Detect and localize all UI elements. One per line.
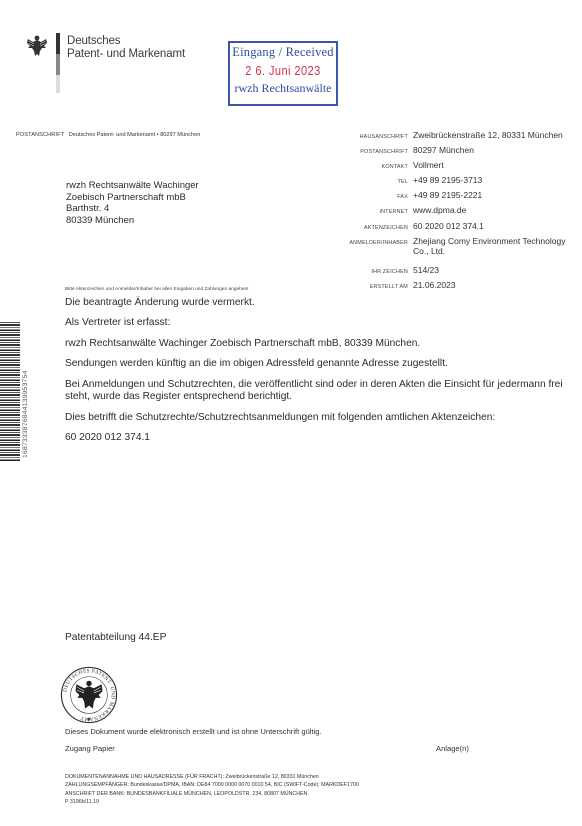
delivery-method: Zugang Papier [65,744,115,753]
info-key: Internet [330,205,413,218]
info-row-tel: Tel+49 89 2195-3713 [330,175,575,188]
info-value: 21.06.2023 [413,280,575,291]
info-row-internet: Internetwww.dpma.de [330,205,575,218]
authority-name: Deutsches Patent- und Markenamt [67,35,185,61]
recipient-line: Zoebisch Partnerschaft mbB [66,192,199,204]
info-key: Aktenzeichen [330,221,413,234]
received-stamp: Eingang / Received 2 6. Juni 2023 rwzh R… [228,41,338,106]
info-value: +49 89 2195-3713 [413,175,575,186]
body-paragraph: Die beantragte Änderung wurde vermerkt. [65,297,575,310]
info-block: HausanschriftZweibrückenstraße 12, 80331… [330,130,575,295]
info-value: +49 89 2195-2221 [413,190,575,201]
body-paragraph: Bei Anmeldungen und Schutzrechten, die v… [65,379,575,405]
info-key: Anmelder/Inhaber [330,236,413,249]
barcode-number: 1687333876844139953754 [22,370,29,458]
info-row-kontakt: KontaktVollmert [330,160,575,173]
sender-line: POSTANSCHRIFT Deutsches Patent- und Mark… [16,132,200,138]
info-row-hausanschrift: HausanschriftZweibrückenstraße 12, 80331… [330,130,575,143]
info-row-aktenzeichen: Aktenzeichen60 2020 012 374.1 [330,221,575,234]
info-value: 60 2020 012 374.1 [413,221,575,232]
official-seal-icon: DEUTSCHES PATENT- UND MARKENAMT [60,666,118,724]
footer-line: DOKUMENTENANNAHME UND HAUSADRESSE (FÜR F… [65,773,359,781]
stamp-title: Eingang / Received [230,45,336,60]
body-paragraph: 60 2020 012 374.1 [65,432,575,445]
body-paragraph: Dies betrifft die Schutzrechte/Schutzrec… [65,412,575,425]
sender-label: POSTANSCHRIFT [16,132,64,138]
info-key: Ihr Zeichen [330,265,413,278]
info-value: 514/23 [413,265,575,276]
info-row-erstellt-am: Erstellt am21.06.2023 [330,280,575,293]
authority-line-1: Deutsches [67,35,185,48]
recipient-address: rwzh Rechtsanwälte Wachinger Zoebisch Pa… [66,180,199,226]
info-key: Kontakt [330,160,413,173]
footer: DOKUMENTENANNAHME UND HAUSADRESSE (FÜR F… [65,773,359,807]
reference-hint: Bitte Aktenzeichen und Anmelder/Inhaber … [65,287,249,292]
stamp-date: 2 6. Juni 2023 [238,63,328,78]
info-row-postanschrift: Postanschrift80297 München [330,145,575,158]
info-value: Zhejiang Comy Environment Technology Co.… [413,236,575,257]
info-key: Tel [330,175,413,188]
recipient-line: rwzh Rechtsanwälte Wachinger [66,180,199,192]
authority-line-2: Patent- und Markenamt [67,48,185,61]
info-row-fax: Fax+49 89 2195-2221 [330,190,575,203]
footer-line: ANSCHRIFT DER BANK: BUNDESBANKFILIALE MÜ… [65,790,359,798]
info-row-anmelder: Anmelder/InhaberZhejiang Comy Environmen… [330,236,575,257]
info-value[interactable]: www.dpma.de [413,205,575,216]
info-value: 80297 München [413,145,575,156]
footer-line: ZAHLUNGSEMPFÄNGER: Bundeskasse/DPMA, IBA… [65,781,359,789]
electronic-note: Dieses Dokument wurde elektronisch erste… [65,727,322,736]
attachments-label: Anlage(n) [436,744,469,753]
recipient-line: 80339 München [66,215,199,227]
federal-eagle-icon [26,34,48,58]
info-value: Zweibrückenstraße 12, 80331 München [413,130,575,141]
department: Patentabteilung 44.EP [65,632,166,643]
stamp-firm: rwzh Rechtsanwälte [230,81,336,96]
info-key: Erstellt am [330,280,413,293]
info-value: Vollmert [413,160,575,171]
body-paragraph: Sendungen werden künftig an die im obige… [65,358,575,371]
logo-bar [56,33,60,93]
body-paragraph: Als Vertreter ist erfasst: [65,317,575,330]
body-paragraph: rwzh Rechtsanwälte Wachinger Zoebisch Pa… [65,338,575,351]
footer-line: P 3196b/11.19 [65,798,359,806]
info-key: Postanschrift [330,145,413,158]
letter-body: Die beantragte Änderung wurde vermerkt. … [65,297,575,453]
info-row-ihr-zeichen: Ihr Zeichen514/23 [330,265,575,278]
sender-text: Deutsches Patent- und Markenamt • 80297 … [69,132,201,138]
info-key: Hausanschrift [330,130,413,143]
barcode-icon [0,322,20,462]
info-key: Fax [330,190,413,203]
recipient-line: Barthstr. 4 [66,203,199,215]
